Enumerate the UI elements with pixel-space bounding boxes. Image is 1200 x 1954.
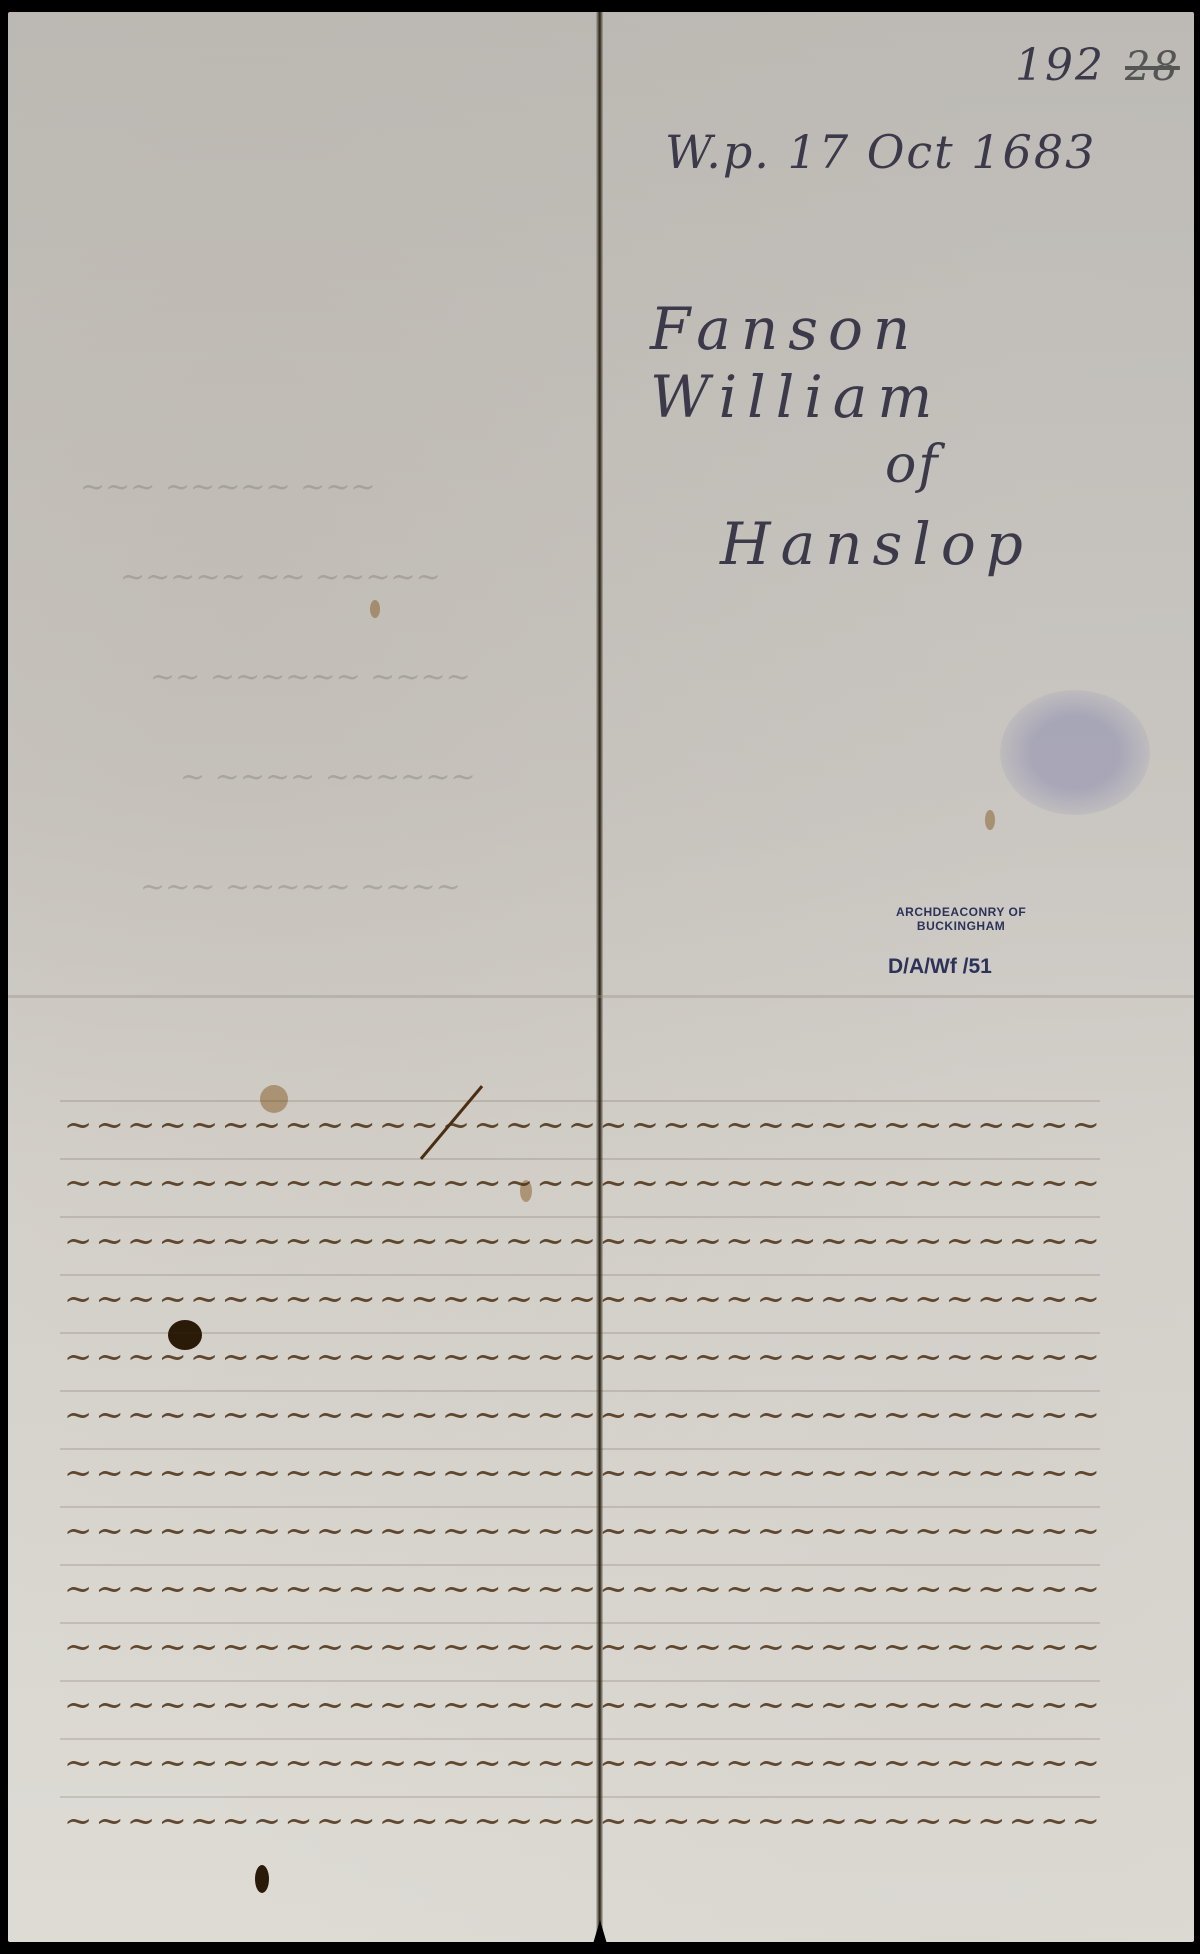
folio-number: 19228 (1015, 40, 1180, 91)
faded-seal-impression (1000, 690, 1150, 815)
archive-stamp-line2: BUCKINGHAM (896, 919, 1026, 933)
script-line: ~~~~~~~~~~~~~~~~~~~~~~~~~~~~~~~~~~~~~~~~ (60, 1738, 1100, 1792)
script-line: ~~~~~~~~~~~~~~~~~~~~~~~~~~~~~~~~~~~~~~~~ (60, 1158, 1100, 1212)
of-label: of (885, 435, 940, 495)
testator-name: Fanson William (650, 295, 1200, 431)
ink-blot (255, 1865, 269, 1893)
script-line: ~~~~~~~~~~~~~~~~~~~~~~~~~~~~~~~~~~~~~~~~… (60, 1448, 1100, 1502)
script-line: ~~~~~~~~~~~~~~~~~~~~~~~~~~~~~~~~~~~~~~~~ (60, 1506, 1100, 1560)
show-through-writing: ~~~~ ~~~~~ ~~~ (140, 870, 461, 905)
probate-clause-upside-down: ~~~~~~~~~~~~~~~~~~~~~~~~~~~~~~~~~~~~ ~~~… (60, 1110, 1100, 1850)
script-line: ~~~~~~~~~~~~~~~~~~~~~~~~~~~~~~~~~~~~~~~~ (60, 1390, 1100, 1444)
horizontal-fold-crease (8, 995, 1194, 998)
script-line: ~~~~~~~~~~~~~~~~~~~~~~~~~~~~~~~~~~~~~~~~… (60, 1332, 1100, 1386)
archive-stamp: ARCHDEACONRY OF BUCKINGHAM (896, 905, 1026, 933)
show-through-writing: ~~~~ ~~~~~~ ~~ (150, 660, 471, 695)
script-line: ~~~~~~~~~~~~~~~~~~~~~~~~~~~~~~~~~~~~ (60, 1796, 1100, 1850)
show-through-writing: ~~~~~ ~~ ~~~~~ (120, 560, 441, 595)
show-through-writing: ~~~ ~~~~~ ~~~ (80, 470, 376, 505)
folio-number-struck: 28 (1125, 44, 1180, 90)
endorsement-date: W.p. 17 Oct 1683 (665, 125, 1096, 179)
ink-stain (370, 600, 380, 618)
folio-number-current: 192 (1015, 40, 1105, 91)
place-name: Hanslop (720, 510, 1033, 578)
archive-stamp-line1: ARCHDEACONRY OF (896, 905, 1026, 919)
ink-stain (985, 810, 995, 830)
script-line: ~~~~~~~~~~~~~~~~~~~~~~~~~~~~~~~~~~~~~~~~ (60, 1622, 1100, 1676)
script-line: ~~~~~~~~~~~~~~~~~~~~~~~~~~~~~~~~~~~~~~~~… (60, 1564, 1100, 1618)
script-line: ~~~~~~~~~~~~~~~~~~~~~~~~~~~~~~~~~~~~~~~~… (60, 1100, 1100, 1154)
script-line: ~~~~~~~~~~~~~~~~~~~~~~~~~~~~~~~~~~~~~~~~… (60, 1216, 1100, 1270)
archive-reference: D/A/Wf /51 (888, 955, 992, 979)
script-line: ~~~~~~~~~~~~~~~~~~~~~~~~~~~~~~~~~~~~~~~~ (60, 1274, 1100, 1328)
script-line: ~~~~~~~~~~~~~~~~~~~~~~~~~~~~~~~~~~~~~~~~… (60, 1680, 1100, 1734)
show-through-writing: ~~~~~~ ~~~~ ~ (180, 760, 476, 795)
